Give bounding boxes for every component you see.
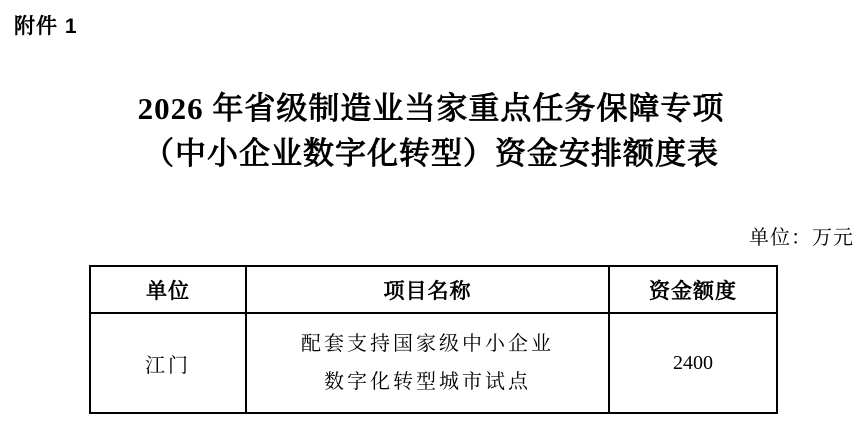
- unit-note: 单位：万元: [749, 221, 854, 250]
- document-title-line2: （中小企业数字化转型）资金安排额度表: [0, 131, 862, 176]
- cell-project-name: 配套支持国家级中小企业 数字化转型城市试点: [246, 313, 609, 413]
- table-row: 江门 配套支持国家级中小企业 数字化转型城市试点 2400: [90, 313, 777, 413]
- fund-allocation-table: 单位 项目名称 资金额度 江门 配套支持国家级中小企业 数字化转型城市试点 24…: [89, 265, 778, 414]
- cell-fund-amount: 2400: [609, 313, 777, 413]
- project-name-line2: 数字化转型城市试点: [247, 363, 608, 401]
- document-page: 附件 1 2026 年省级制造业当家重点任务保障专项 （中小企业数字化转型）资金…: [0, 0, 862, 431]
- attachment-label: 附件 1: [14, 10, 78, 40]
- header-cell-project-name: 项目名称: [246, 266, 609, 313]
- header-cell-unit: 单位: [90, 266, 246, 313]
- header-cell-fund-amount: 资金额度: [609, 266, 777, 313]
- document-title-line1: 2026 年省级制造业当家重点任务保障专项: [0, 86, 862, 131]
- project-name-line1: 配套支持国家级中小企业: [247, 325, 608, 363]
- table-header-row: 单位 项目名称 资金额度: [90, 266, 777, 313]
- document-title: 2026 年省级制造业当家重点任务保障专项 （中小企业数字化转型）资金安排额度表: [0, 86, 862, 176]
- cell-unit: 江门: [90, 313, 246, 413]
